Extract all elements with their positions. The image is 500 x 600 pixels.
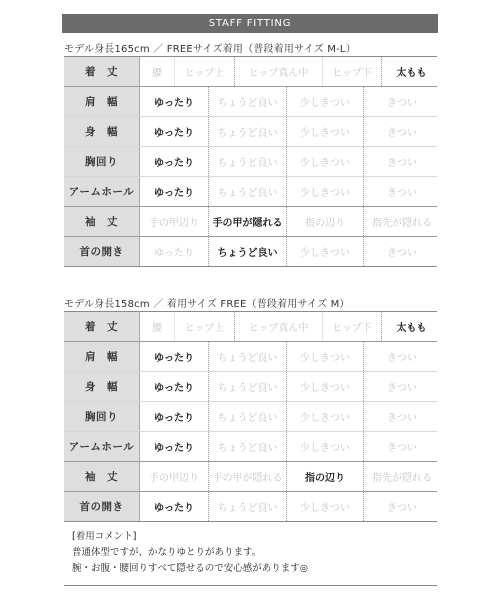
option-cell-selected: 太もも xyxy=(381,312,441,341)
row-label: 胸回り xyxy=(64,402,140,431)
row-label: アームホール xyxy=(64,177,140,206)
option-cell: ヒップ下 xyxy=(322,312,381,341)
option-cell: 少しきつい xyxy=(286,372,363,401)
table-row: 着 丈腰ヒップ上ヒップ真ん中ヒップ下太もも xyxy=(64,57,437,87)
option-cell: きつい xyxy=(363,492,440,521)
option-cell: 少しきつい xyxy=(286,492,363,521)
comment-line: 普通体型ですが、かなりゆとりがあります。 xyxy=(72,545,429,561)
table-row: 肩 幅ゆったりちょうど良い少しきついきつい xyxy=(64,342,437,372)
option-cell: ヒップ下 xyxy=(322,57,381,86)
table-row: 首の開きゆったりちょうど良い少しきついきつい xyxy=(64,492,437,522)
option-cell: ヒップ真ん中 xyxy=(234,312,322,341)
option-cell: ちょうど良い xyxy=(208,342,286,371)
row-label: 首の開き xyxy=(64,492,140,521)
option-cell: きつい xyxy=(363,177,440,206)
row-label: 肩 幅 xyxy=(64,342,140,371)
option-cell: きつい xyxy=(363,342,440,371)
option-cell: ヒップ上 xyxy=(174,57,234,86)
row-label: 着 丈 xyxy=(64,312,140,341)
row-label: アームホール xyxy=(64,432,140,461)
option-cell-selected: ゆったり xyxy=(140,342,208,371)
table-row: 胸回りゆったりちょうど良い少しきついきつい xyxy=(64,402,437,432)
option-cell-selected: 手の甲が隠れる xyxy=(208,207,286,236)
option-cell: 少しきつい xyxy=(286,432,363,461)
option-cell: ちょうど良い xyxy=(208,402,286,431)
fitting-table-2: 着 丈腰ヒップ上ヒップ真ん中ヒップ下太もも肩 幅ゆったりちょうど良い少しきついき… xyxy=(64,311,437,522)
option-cell: ゆったり xyxy=(140,237,208,266)
model-info-2: モデル身長158cm ／ 着用サイズ FREE（普段着用サイズ M） xyxy=(64,295,350,310)
option-cell-selected: ゆったり xyxy=(140,432,208,461)
option-cell: ヒップ上 xyxy=(174,312,234,341)
option-cell-selected: ゆったり xyxy=(140,402,208,431)
table-row: 身 幅ゆったりちょうど良い少しきついきつい xyxy=(64,117,437,147)
model-info-1: モデル身長165cm ／ FREEサイズ着用（普段着用サイズ M-L） xyxy=(64,40,356,55)
option-cell: 指先が隠れる xyxy=(363,462,440,491)
option-cell: ちょうど良い xyxy=(208,87,286,116)
row-label: 袖 丈 xyxy=(64,207,140,236)
option-cell-selected: 指の辺り xyxy=(286,462,363,491)
table-row: 袖 丈手の甲辺り手の甲が隠れる指の辺り指先が隠れる xyxy=(64,207,437,237)
row-label: 着 丈 xyxy=(64,57,140,86)
option-cell: 指の辺り xyxy=(286,207,363,236)
option-cell: ヒップ真ん中 xyxy=(234,57,322,86)
option-cell: ちょうど良い xyxy=(208,117,286,146)
table-row: 胸回りゆったりちょうど良い少しきついきつい xyxy=(64,147,437,177)
option-cell: きつい xyxy=(363,402,440,431)
row-label: 身 幅 xyxy=(64,117,140,146)
option-cell: 少しきつい xyxy=(286,117,363,146)
option-cell: 手の甲が隠れる xyxy=(208,462,286,491)
table-row: アームホールゆったりちょうど良い少しきついきつい xyxy=(64,177,437,207)
option-cell: 腰 xyxy=(140,57,174,86)
option-cell: きつい xyxy=(363,432,440,461)
row-label: 肩 幅 xyxy=(64,87,140,116)
option-cell: 少しきつい xyxy=(286,177,363,206)
staff-fitting-header: STAFF FITTING xyxy=(62,14,438,33)
row-label: 首の開き xyxy=(64,237,140,266)
option-cell-selected: ゆったり xyxy=(140,117,208,146)
option-cell-selected: ゆったり xyxy=(140,87,208,116)
option-cell: ちょうど良い xyxy=(208,492,286,521)
option-cell-selected: ちょうど良い xyxy=(208,237,286,266)
option-cell: ちょうど良い xyxy=(208,177,286,206)
fitting-table-1: 着 丈腰ヒップ上ヒップ真ん中ヒップ下太もも肩 幅ゆったりちょうど良い少しきついき… xyxy=(64,56,437,267)
option-cell: ちょうど良い xyxy=(208,372,286,401)
option-cell: ちょうど良い xyxy=(208,432,286,461)
option-cell-selected: 太もも xyxy=(381,57,441,86)
option-cell: 少しきつい xyxy=(286,402,363,431)
option-cell: 手の甲辺り xyxy=(140,462,208,491)
wearing-comment: [着用コメント] 普通体型ですが、かなりゆとりがあります。 腕・お腹・腰回りすべ… xyxy=(64,525,437,586)
option-cell-selected: ゆったり xyxy=(140,147,208,176)
table-row: 袖 丈手の甲辺り手の甲が隠れる指の辺り指先が隠れる xyxy=(64,462,437,492)
option-cell-selected: ゆったり xyxy=(140,372,208,401)
option-cell: きつい xyxy=(363,372,440,401)
table-row: 身 幅ゆったりちょうど良い少しきついきつい xyxy=(64,372,437,402)
option-cell-selected: ゆったり xyxy=(140,177,208,206)
row-label: 身 幅 xyxy=(64,372,140,401)
option-cell: 指先が隠れる xyxy=(363,207,440,236)
comment-title: [着用コメント] xyxy=(72,529,429,545)
comment-line: 腕・お腹・腰回りすべて隠せるので安心感があります◎ xyxy=(72,561,429,577)
option-cell: 少しきつい xyxy=(286,147,363,176)
option-cell: 少しきつい xyxy=(286,342,363,371)
option-cell: きつい xyxy=(363,117,440,146)
option-cell: 手の甲辺り xyxy=(140,207,208,236)
option-cell-selected: ゆったり xyxy=(140,492,208,521)
option-cell: 少しきつい xyxy=(286,87,363,116)
table-row: 着 丈腰ヒップ上ヒップ真ん中ヒップ下太もも xyxy=(64,312,437,342)
option-cell: 腰 xyxy=(140,312,174,341)
table-row: アームホールゆったりちょうど良い少しきついきつい xyxy=(64,432,437,462)
option-cell: きつい xyxy=(363,237,440,266)
table-row: 首の開きゆったりちょうど良い少しきついきつい xyxy=(64,237,437,267)
option-cell: きつい xyxy=(363,87,440,116)
option-cell: ちょうど良い xyxy=(208,147,286,176)
row-label: 胸回り xyxy=(64,147,140,176)
option-cell: きつい xyxy=(363,147,440,176)
table-row: 肩 幅ゆったりちょうど良い少しきついきつい xyxy=(64,87,437,117)
row-label: 袖 丈 xyxy=(64,462,140,491)
option-cell: 少しきつい xyxy=(286,237,363,266)
